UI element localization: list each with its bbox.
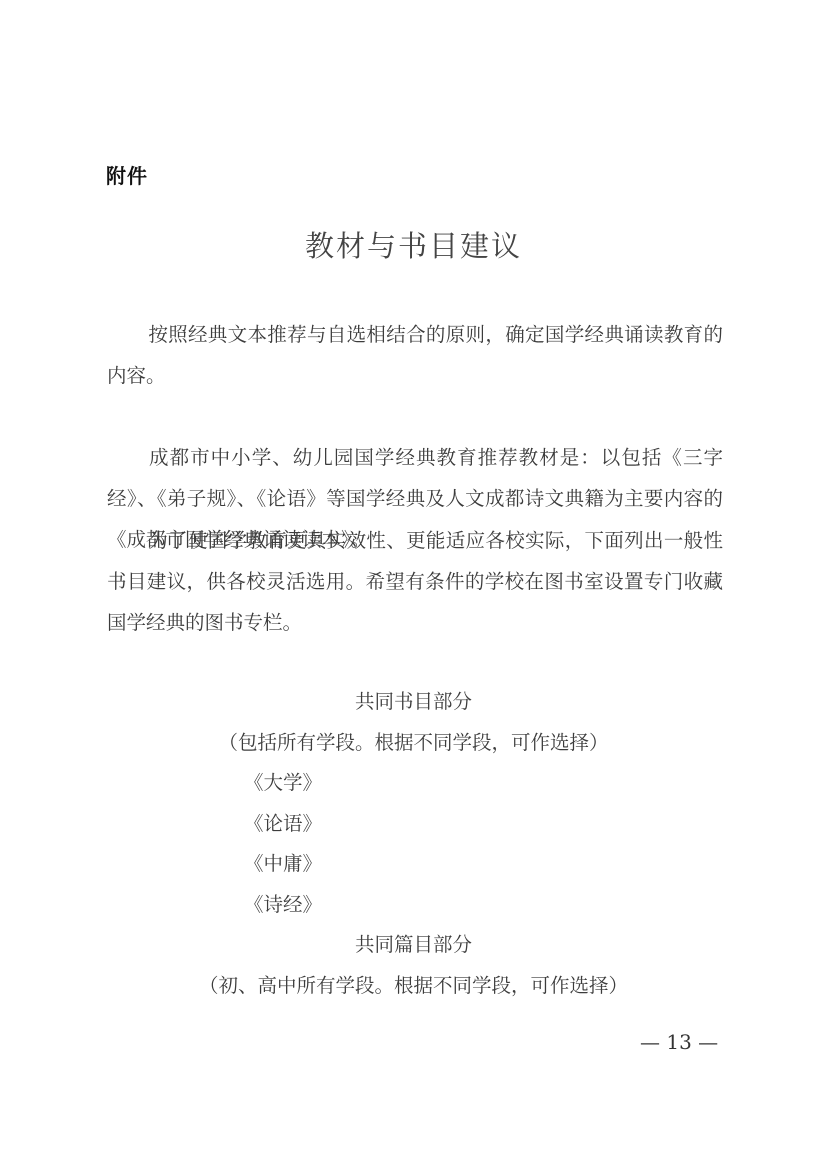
- paragraph-3: 为了使国学教育更具实效性、更能适应各校实际，下面列出一般性书目建议，供各校灵活选…: [107, 520, 723, 643]
- paragraph-3-text: 为了使国学教育更具实效性、更能适应各校实际，下面列出一般性书目建议，供各校灵活选…: [107, 529, 723, 634]
- attachment-label: 附件: [106, 160, 148, 189]
- section-note-common-texts: （初、高中所有学段。根据不同学段，可作选择）: [0, 970, 827, 998]
- section-note-common-books: （包括所有学段。根据不同学段，可作选择）: [0, 727, 827, 755]
- page-number: — 13 —: [640, 1030, 718, 1054]
- book-item: 《大学》: [244, 767, 322, 795]
- book-item: 《诗经》: [244, 889, 322, 917]
- paragraph-1: 按照经典文本推荐与自选相结合的原则，确定国学经典诵读教育的内容。: [107, 314, 723, 396]
- page-title: 教材与书目建议: [0, 224, 827, 265]
- book-item: 《论语》: [244, 808, 322, 836]
- paragraph-1-text: 按照经典文本推荐与自选相结合的原则，确定国学经典诵读教育的内容。: [107, 323, 723, 387]
- section-heading-common-books: 共同书目部分: [0, 686, 827, 714]
- book-item: 《中庸》: [244, 848, 322, 876]
- section-heading-common-texts: 共同篇目部分: [0, 929, 827, 957]
